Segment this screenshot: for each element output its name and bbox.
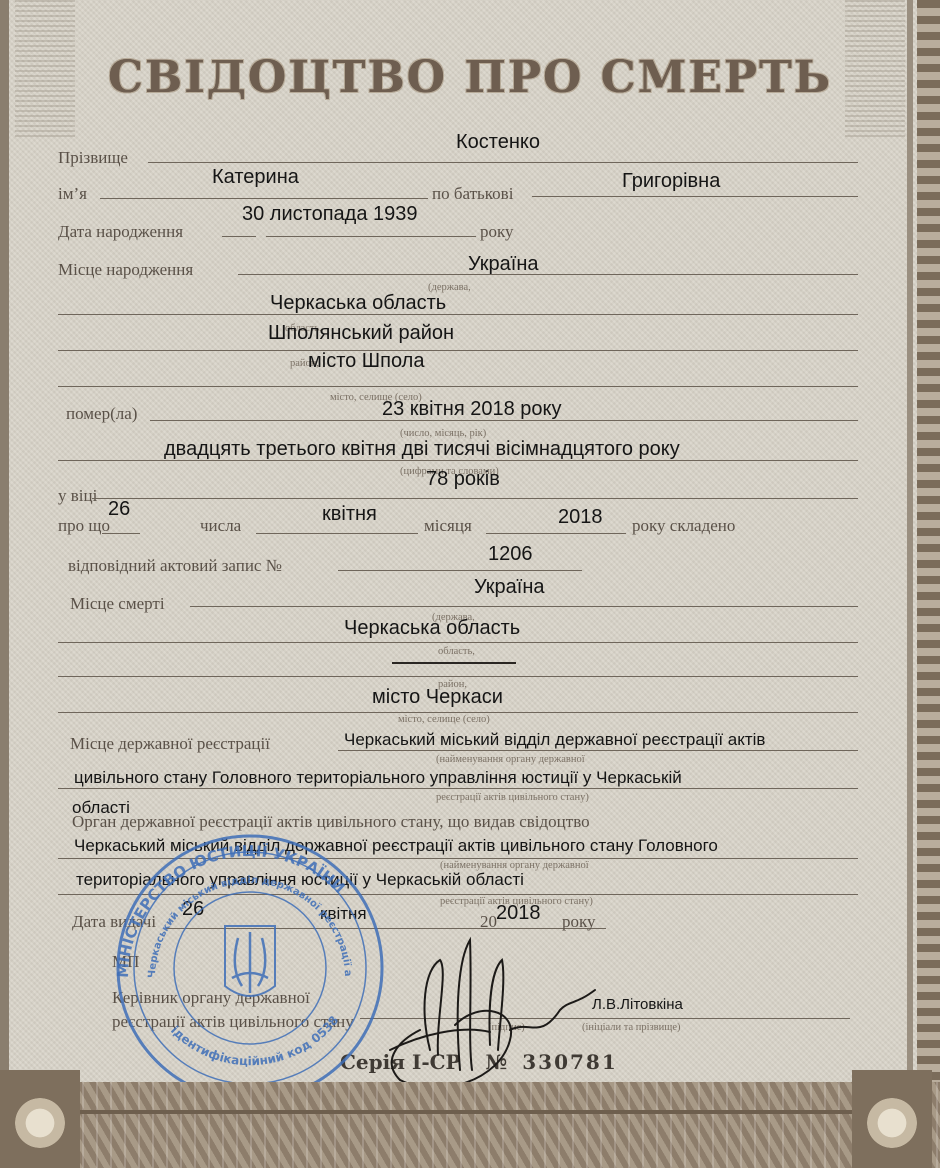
bottom-border-pattern <box>0 1082 940 1168</box>
left-border <box>0 0 9 1080</box>
birth-date-line <box>266 236 476 237</box>
birth-country-line <box>238 274 858 275</box>
record-day-line <box>102 533 140 534</box>
death-city-line <box>58 712 858 713</box>
birth-year-suffix: року <box>480 222 514 242</box>
corner-ornament-right <box>852 1070 932 1168</box>
first-name-label: ім’я <box>58 184 87 204</box>
rosette-icon <box>15 1098 65 1148</box>
death-region-line <box>58 642 858 643</box>
rosette-icon <box>867 1098 917 1148</box>
registration-line-2 <box>58 788 858 789</box>
signature-icon <box>360 930 600 1090</box>
death-district-dash <box>392 662 516 664</box>
registration-hint-1: (найменування органу державної <box>436 754 585 765</box>
patronymic-label: по батькові <box>432 184 513 204</box>
issue-year-value: 2018 <box>496 902 541 925</box>
record-month-label: місяця <box>424 516 472 536</box>
patronymic-value: Григорівна <box>622 170 720 193</box>
death-city-hint: місто, селище (село) <box>398 714 490 725</box>
death-district-line <box>58 676 858 677</box>
registration-hint-2: реєстрації актів цивільного стану) <box>436 792 589 803</box>
record-number-label: відповідний актовий запис № <box>68 556 282 576</box>
surname-label: Прізвище <box>58 148 128 168</box>
bottom-border-line <box>78 1110 858 1114</box>
death-date-label: помер(ла) <box>66 404 137 424</box>
surname-line <box>148 162 858 163</box>
patronymic-line <box>532 196 858 197</box>
first-name-value: Катерина <box>212 166 299 189</box>
registration-value-line1: Черкаський міський відділ державної реєс… <box>344 730 765 750</box>
death-city-value: місто Черкаси <box>372 686 503 709</box>
right-border-pattern <box>917 0 940 1168</box>
birth-place-label: Місце народження <box>58 260 193 280</box>
record-year-value: 2018 <box>558 506 603 529</box>
birth-country-value: Україна <box>468 253 539 276</box>
surname-value: Костенко <box>456 131 540 154</box>
age-line <box>92 498 858 499</box>
birth-city-value: місто Шпола <box>308 350 424 373</box>
age-label: у віці <box>58 486 97 506</box>
registration-value-line2: цивільного стану Головного територіально… <box>74 768 682 788</box>
birth-day-line <box>222 236 256 237</box>
stamp-code-text: ідентифікаційний код 0538 <box>168 1013 341 1068</box>
death-country-line <box>190 606 858 607</box>
death-date-words-value: двадцять третього квітня дві тисячі вісі… <box>164 438 680 461</box>
first-name-line <box>100 198 428 199</box>
death-country-value: Україна <box>474 576 545 599</box>
birth-city-line <box>58 386 858 387</box>
document-title: СВІДОЦТВО ПРО СМЕРТЬ <box>0 52 940 103</box>
registration-line-1 <box>338 750 858 751</box>
death-date-value: 23 квітня 2018 року <box>382 398 561 421</box>
birth-district-value: Шполянський район <box>268 322 454 345</box>
record-month-line <box>256 533 418 534</box>
head-name-value: Л.В.Літовкіна <box>592 996 683 1013</box>
registration-place-label: Місце державної реєстрації <box>70 734 270 754</box>
record-day-value: 26 <box>108 498 130 521</box>
record-year-label: року складено <box>632 516 735 536</box>
right-border-line <box>907 0 913 1080</box>
birth-region-value: Черкаська область <box>270 292 446 315</box>
record-number-value: 1206 <box>488 543 533 566</box>
issue-year-suffix: року <box>562 912 596 932</box>
death-region-value: Черкаська область <box>344 617 520 640</box>
death-region-hint: область, <box>438 646 475 657</box>
birth-date-value: 30 листопада 1939 <box>242 203 418 226</box>
record-month-value: квітня <box>322 503 377 526</box>
age-value: 78 років <box>426 468 500 491</box>
birth-region-line <box>58 314 858 315</box>
record-year-line <box>486 533 626 534</box>
record-day-label: числа <box>200 516 241 536</box>
svg-text:ідентифікаційний код 0538: ідентифікаційний код 0538 <box>168 1013 341 1068</box>
death-place-label: Місце смерті <box>70 594 165 614</box>
corner-ornament-left <box>0 1070 80 1168</box>
official-stamp: МІНІСТЕРСТВО ЮСТИЦІЇ УКРАЇНИ Черкаський … <box>100 828 400 1098</box>
birth-date-label: Дата народження <box>58 222 183 242</box>
death-date-words-line <box>58 460 858 461</box>
birth-district-line <box>58 350 858 351</box>
issue-year-prefix: 20 <box>480 912 497 932</box>
record-number-line <box>338 570 582 571</box>
